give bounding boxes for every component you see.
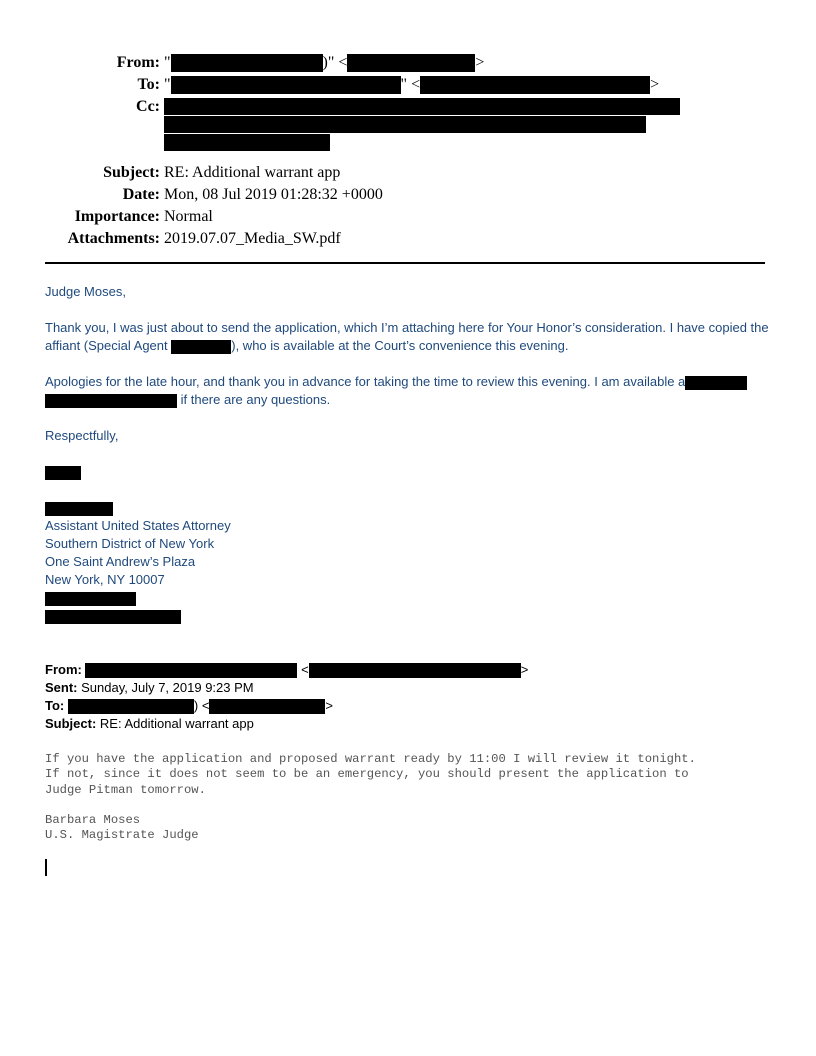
- quoted-subject-row: Subject: RE: Additional warrant app: [45, 715, 785, 733]
- redaction: [45, 502, 113, 516]
- cc-label: Cc:: [136, 96, 160, 118]
- subject-value: RE: Additional warrant app: [164, 162, 340, 184]
- text-cursor: [45, 859, 47, 876]
- redaction: [45, 610, 181, 624]
- signature-title: Assistant United States Attorney: [45, 517, 775, 535]
- redaction: [85, 663, 297, 678]
- redaction: [68, 699, 194, 714]
- quoted-body: If you have the application and proposed…: [45, 752, 805, 844]
- header-subject-row: Subject: RE: Additional warrant app: [0, 162, 816, 184]
- header-cc-row: Cc:: [0, 96, 816, 162]
- email-body: Judge Moses, Thank you, I was just about…: [45, 283, 775, 625]
- header-attachments-row: Attachments: 2019.07.07_Media_SW.pdf: [0, 228, 816, 250]
- importance-value: Normal: [164, 206, 213, 228]
- redaction: [164, 116, 646, 133]
- redaction: [209, 699, 325, 714]
- header-divider: [45, 262, 765, 264]
- attachment-link[interactable]: 2019.07.07_Media_SW.pdf: [164, 228, 341, 250]
- signature-address2: New York, NY 10007: [45, 571, 775, 589]
- header-to-row: To: "" <>: [0, 74, 816, 96]
- email-header: From: ")" <> To: "" <> Cc: Subject: RE: …: [0, 52, 816, 250]
- redaction: [171, 340, 231, 354]
- redaction: [420, 76, 650, 94]
- signature-office: Southern District of New York: [45, 535, 775, 553]
- closing: Respectfully,: [45, 427, 775, 445]
- paragraph-2: Apologies for the late hour, and thank y…: [45, 373, 775, 409]
- redaction: [164, 98, 680, 115]
- paragraph-1: Thank you, I was just about to send the …: [45, 319, 775, 355]
- redaction: [309, 663, 521, 678]
- redaction: [45, 394, 177, 408]
- header-from-row: From: ")" <>: [0, 52, 816, 74]
- quoted-from-row: From: <>: [45, 661, 785, 679]
- to-label: To:: [137, 74, 160, 96]
- redaction: [347, 54, 475, 72]
- redaction: [45, 592, 136, 606]
- greeting: Judge Moses,: [45, 283, 775, 301]
- header-importance-row: Importance: Normal: [0, 206, 816, 228]
- redaction: [685, 376, 747, 390]
- from-label: From:: [117, 52, 160, 74]
- date-value: Mon, 08 Jul 2019 01:28:32 +0000: [164, 184, 383, 206]
- redaction: [171, 54, 323, 72]
- redaction: [171, 76, 401, 94]
- quoted-header: From: <> Sent: Sunday, July 7, 2019 9:23…: [45, 661, 785, 733]
- signature-address1: One Saint Andrew’s Plaza: [45, 553, 775, 571]
- header-date-row: Date: Mon, 08 Jul 2019 01:28:32 +0000: [0, 184, 816, 206]
- redaction: [164, 134, 330, 151]
- quoted-sent-row: Sent: Sunday, July 7, 2019 9:23 PM: [45, 679, 785, 697]
- quoted-to-row: To: ) <>: [45, 697, 785, 715]
- redaction: [45, 466, 81, 480]
